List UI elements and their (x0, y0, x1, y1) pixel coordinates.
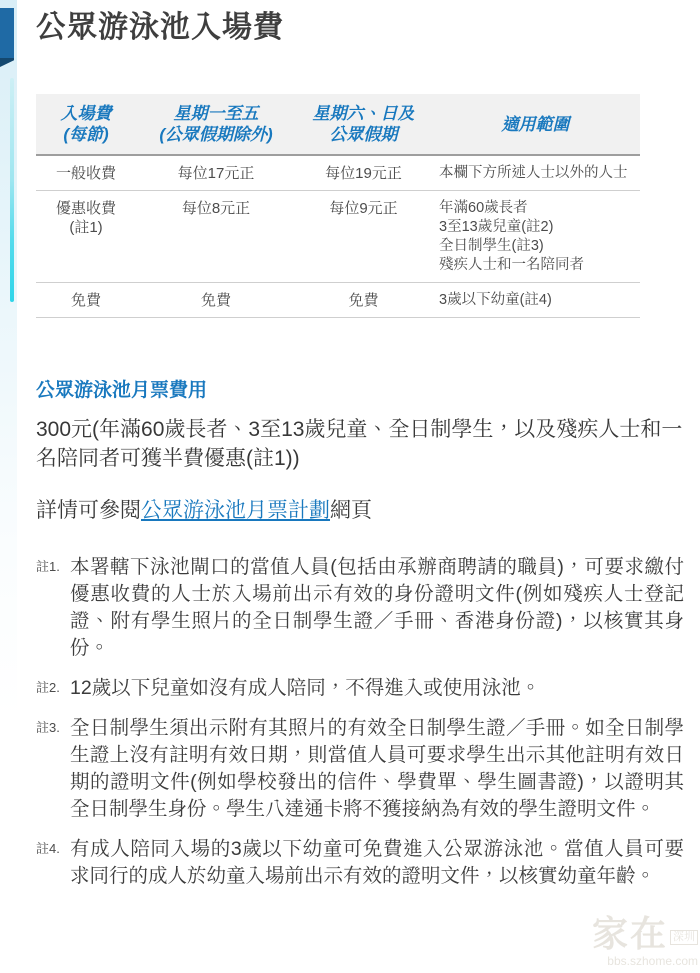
table-cell-r1-c2: 每位17元正 (136, 155, 296, 191)
table-row-2: 優惠收費(註1)每位8元正每位9元正年滿60歲長者3至13歲兒童(註2)全日制學… (36, 191, 640, 283)
table-cell-r1-c1: 一般收費 (36, 155, 136, 191)
title-ribbon-marker (0, 8, 14, 58)
note-label-3: 註3. (36, 715, 70, 736)
note-text-2: 12歲以下兒童如沒有成人陪同，不得進入或使用泳池。 (70, 675, 684, 702)
watermark-logo-text: 家在 (592, 913, 668, 954)
note-row-4: 註4.有成人陪同入場的3歲以下幼童可免費進入公眾游泳池。當值人員可要求同行的成人… (36, 836, 684, 890)
table-cell-r2-c3: 每位9元正 (296, 191, 431, 283)
watermark: 家在深圳 bbs.szhome.com (592, 916, 698, 967)
notes-list: 註1.本署轄下泳池閘口的當值人員(包括由承辦商聘請的職員)，可要求繳付優惠收費的… (36, 554, 684, 890)
table-cell-r3-c2: 免費 (136, 283, 296, 318)
note-label-2: 註2. (36, 675, 70, 696)
table-cell-r3-c3: 免費 (296, 283, 431, 318)
monthly-ticket-heading: 公眾游泳池月票費用 (36, 380, 686, 402)
monthly-ticket-scheme-link[interactable]: 公眾游泳池月票計劃 (141, 499, 330, 522)
table-cell-r2-c4: 年滿60歲長者3至13歲兒童(註2)全日制學生(註3)殘疾人士和一名陪同者 (431, 191, 640, 283)
table-cell-r1-c4: 本欄下方所述人士以外的人士 (431, 155, 640, 191)
watermark-logo-sub: 深圳 (670, 930, 698, 945)
note-text-3: 全日制學生須出示附有其照片的有效全日制學生證／手冊。如全日制學生證上沒有註明有效… (70, 715, 684, 823)
details-suffix: 網頁 (330, 499, 372, 522)
note-text-4: 有成人陪同入場的3歲以下幼童可免費進入公眾游泳池。當值人員可要求同行的成人於幼童… (70, 836, 684, 890)
note-row-1: 註1.本署轄下泳池閘口的當值人員(包括由承辦商聘請的職員)，可要求繳付優惠收費的… (36, 554, 684, 662)
table-cell-r1-c3: 每位19元正 (296, 155, 431, 191)
admission-fees-table: 入場費(每節)星期一至五(公眾假期除外)星期六、日及公眾假期適用範圍 一般收費每… (36, 94, 640, 318)
fees-table-header-row: 入場費(每節)星期一至五(公眾假期除外)星期六、日及公眾假期適用範圍 (36, 94, 640, 155)
note-text-1: 本署轄下泳池閘口的當值人員(包括由承辦商聘請的職員)，可要求繳付優惠收費的人士於… (70, 554, 684, 662)
table-row-3: 免費免費免費3歲以下幼童(註4) (36, 283, 640, 318)
table-cell-r2-c2: 每位8元正 (136, 191, 296, 283)
column-header-4: 適用範圍 (431, 94, 640, 155)
left-edge-gradient (0, 0, 17, 720)
details-line: 詳情可參閱公眾游泳池月票計劃網頁 (36, 496, 686, 525)
details-prefix: 詳情可參閱 (36, 499, 141, 522)
title-ribbon-fold (0, 58, 14, 67)
note-label-4: 註4. (36, 836, 70, 857)
column-header-3: 星期六、日及公眾假期 (296, 94, 431, 155)
column-header-2: 星期一至五(公眾假期除外) (136, 94, 296, 155)
fees-table-body: 一般收費每位17元正每位19元正本欄下方所述人士以外的人士優惠收費(註1)每位8… (36, 155, 640, 318)
table-cell-r3-c1: 免費 (36, 283, 136, 318)
page-title: 公眾游泳池入場費 (36, 10, 686, 46)
table-cell-r2-c1: 優惠收費(註1) (36, 191, 136, 283)
note-label-1: 註1. (36, 554, 70, 575)
monthly-ticket-fee-text: 300元(年滿60歲長者、3至13歲兒童、全日制學生，以及殘疾人士和一名陪同者可… (36, 415, 688, 473)
table-row-1: 一般收費每位17元正每位19元正本欄下方所述人士以外的人士 (36, 155, 640, 191)
watermark-url: bbs.szhome.com (592, 955, 698, 967)
column-header-1: 入場費(每節) (36, 94, 136, 155)
note-row-3: 註3.全日制學生須出示附有其照片的有效全日制學生證／手冊。如全日制學生證上沒有註… (36, 715, 684, 823)
page-content: 公眾游泳池入場費 入場費(每節)星期一至五(公眾假期除外)星期六、日及公眾假期適… (36, 0, 686, 903)
table-cell-r3-c4: 3歲以下幼童(註4) (431, 283, 640, 318)
left-cyan-bar (10, 78, 14, 302)
note-row-2: 註2.12歲以下兒童如沒有成人陪同，不得進入或使用泳池。 (36, 675, 684, 702)
